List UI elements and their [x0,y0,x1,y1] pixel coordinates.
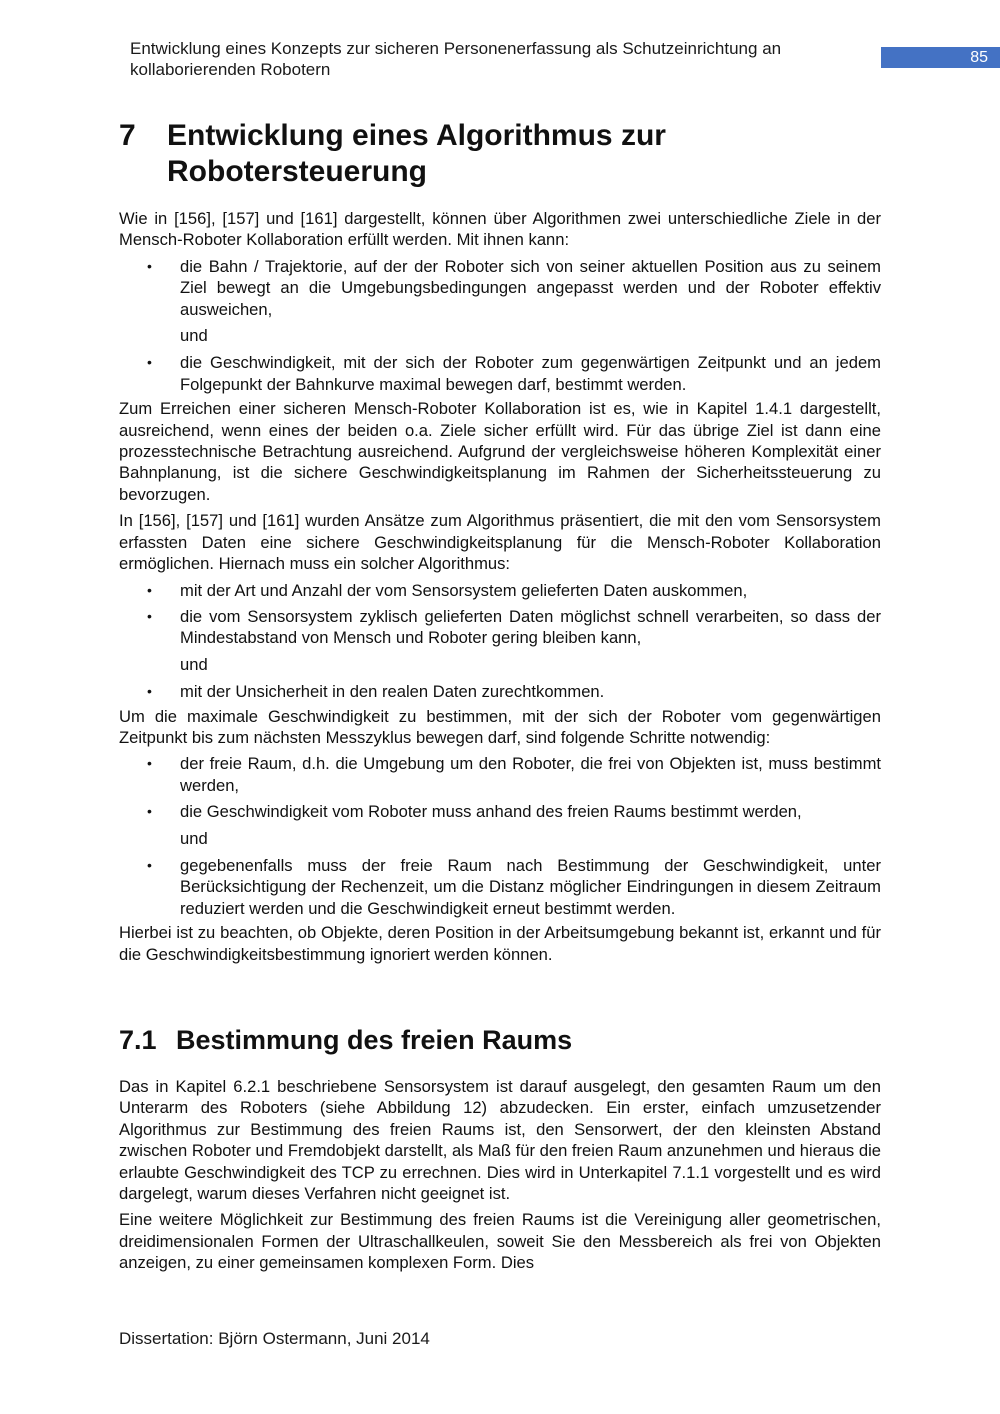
chapter-title: Entwicklung eines Algorithmus zur Robote… [167,118,767,190]
page-number-badge: 85 [881,47,1000,68]
list-item: • mit der Unsicherheit in den realen Dat… [119,681,881,702]
goals-list: • die Bahn / Trajektorie, auf der der Ro… [119,256,881,320]
section-title: Bestimmung des freien Raums [176,1025,572,1055]
page-footer: Dissertation: Björn Ostermann, Juni 2014 [119,1328,430,1349]
paragraph-4: Um die maximale Geschwindigkeit zu besti… [119,706,881,749]
bullet-icon: • [147,352,152,373]
bullet-icon: • [147,580,152,601]
paragraph-6: Das in Kapitel 6.2.1 beschriebene Sensor… [119,1076,881,1204]
bullet-icon: • [147,753,152,774]
steps-list-cont: • gegebenenfalls muss der freie Raum nac… [119,855,881,919]
chapter-number: 7 [119,118,136,154]
list-item: • der freie Raum, d.h. die Umgebung um d… [119,753,881,796]
conjunction-und: und [119,828,881,849]
steps-list: • der freie Raum, d.h. die Umgebung um d… [119,753,881,822]
section-heading: 7.1Bestimmung des freien Raums [119,1022,572,1058]
requirements-list-cont: • mit der Unsicherheit in den realen Dat… [119,681,881,702]
bullet-icon: • [147,855,152,876]
list-item: • die Geschwindigkeit, mit der sich der … [119,352,881,395]
bullet-icon: • [147,256,152,277]
conjunction-und: und [119,654,881,675]
paragraph-2: Zum Erreichen einer sicheren Mensch-Robo… [119,398,881,505]
requirements-list: • mit der Art und Anzahl der vom Sensors… [119,580,881,649]
list-item: • die Bahn / Trajektorie, auf der der Ro… [119,256,881,320]
intro-block: Wie in [156], [157] und [161] dargestell… [119,208,881,965]
bullet-icon: • [147,681,152,702]
bullet-icon: • [147,801,152,822]
section-number: 7.1 [119,1022,176,1058]
conjunction-und: und [119,325,881,346]
paragraph-1: Wie in [156], [157] und [161] dargestell… [119,208,881,251]
goals-list-cont: • die Geschwindigkeit, mit der sich der … [119,352,881,395]
bullet-icon: • [147,606,152,627]
list-item: • mit der Art und Anzahl der vom Sensors… [119,580,881,601]
list-item: • die vom Sensorsystem zyklisch geliefer… [119,606,881,649]
running-title: Entwicklung eines Konzepts zur sicheren … [130,38,870,80]
paragraph-5: Hierbei ist zu beachten, ob Objekte, der… [119,922,881,965]
paragraph-3: In [156], [157] und [161] wurden Ansätze… [119,510,881,574]
paragraph-7: Eine weitere Möglichkeit zur Bestimmung … [119,1209,881,1273]
section-block: Das in Kapitel 6.2.1 beschriebene Sensor… [119,1076,881,1274]
list-item: • die Geschwindigkeit vom Roboter muss a… [119,801,881,822]
list-item: • gegebenenfalls muss der freie Raum nac… [119,855,881,919]
